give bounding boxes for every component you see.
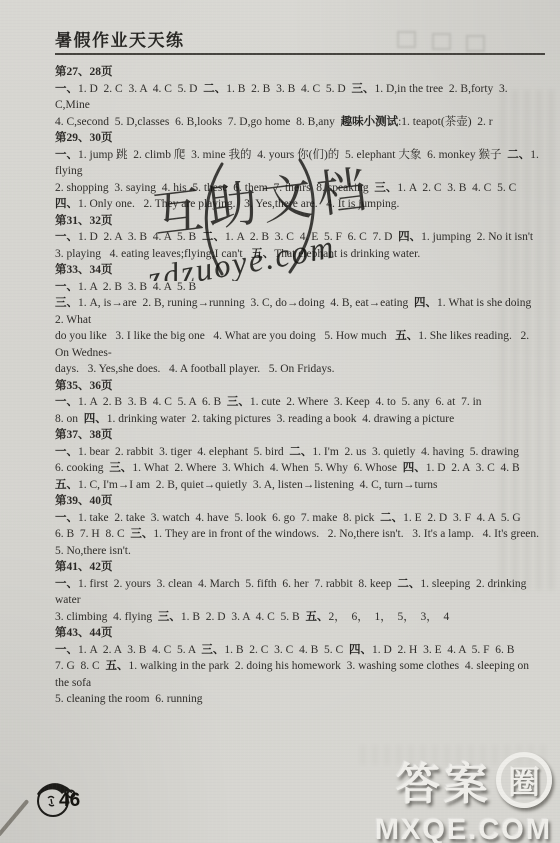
answer-line: 五、1. C, I'm→I am 2. B, quiet→quietly 3. … xyxy=(55,477,545,494)
answer-line: 一、1. bear 2. rabbit 3. tiger 4. elephant… xyxy=(55,444,545,461)
answer-line: 一、1. take 2. take 3. watch 4. have 5. lo… xyxy=(55,510,545,527)
answers-content: 第27、28页一、1. D 2. C 3. A 4. C 5. D 二、1. B… xyxy=(55,64,545,708)
answer-line: 7. G 8. C 五、1. walking in the park 2. do… xyxy=(55,658,545,691)
page-number: 46 xyxy=(59,790,80,812)
site-stamp: 答案 圈 MXQE.COM xyxy=(375,748,552,843)
answer-line: 3. climbing 4. flying 三、1. B 2. D 3. A 4… xyxy=(55,609,545,626)
answer-line: 6. cooking 三、1. What 2. Where 3. Which 4… xyxy=(55,460,545,477)
stamp-brand-text: 答案 xyxy=(396,748,492,812)
answer-line: 一、1. D 2. C 3. A 4. C 5. D 二、1. B 2. B 3… xyxy=(55,81,545,114)
scan-corner-mark xyxy=(0,799,29,837)
section-header: 第43、44页 xyxy=(55,625,545,642)
scanned-answer-page: 暑假作业天天练 第27、28页一、1. D 2. C 3. A 4. C 5. … xyxy=(0,0,560,843)
page-title: 暑假作业天天练 xyxy=(55,26,185,51)
answer-line: 5. No,there isn't. xyxy=(55,543,545,560)
section-header: 第39、40页 xyxy=(55,493,545,510)
section-header: 第33、34页 xyxy=(55,262,545,279)
answer-line: 4. C,second 5. D,classes 6. B,looks 7. D… xyxy=(55,114,545,131)
section-header: 第37、38页 xyxy=(55,427,545,444)
answer-line: 一、1. A 2. A 3. B 4. C 5. A 三、1. B 2. C 3… xyxy=(55,642,545,659)
bleed-through-mark xyxy=(432,33,451,50)
answer-line: 2. shopping 3. saying 4. his 5. these 6.… xyxy=(55,180,545,197)
answer-line: 三、1. A, is→are 2. B, runing→running 3. C… xyxy=(55,295,545,328)
answer-line: 四、1. Only one. 2. They are playing. 3. Y… xyxy=(55,196,545,213)
answer-line: 一、1. first 2. yours 3. clean 4. March 5.… xyxy=(55,576,545,609)
header-rule xyxy=(55,53,545,55)
answer-line: 一、1. jump 跳 2. climb 爬 3. mine 我的 4. you… xyxy=(55,147,545,180)
bleed-through-mark xyxy=(466,35,485,52)
answer-line: 6. B 7. H 8. C 三、1. They are in front of… xyxy=(55,526,545,543)
answer-line: 一、1. A 2. B 3. B 4. A 5. B xyxy=(55,279,545,296)
answer-line: days. 3. Yes,she does. 4. A football pla… xyxy=(55,361,545,378)
answer-line: 3. playing 4. eating leaves;flying;I can… xyxy=(55,246,545,263)
section-header: 第27、28页 xyxy=(55,64,545,81)
section-header: 第31、32页 xyxy=(55,213,545,230)
answer-line: 5. cleaning the room 6. running xyxy=(55,691,545,708)
answer-line: 一、1. A 2. B 3. B 4. C 5. A 6. B 三、1. cut… xyxy=(55,394,545,411)
stamp-site-url: MXQE.COM xyxy=(375,814,552,843)
stamp-circle-icon: 圈 xyxy=(496,752,552,808)
bleed-through-mark xyxy=(397,31,416,48)
stamp-circled-char: 圈 xyxy=(508,757,540,803)
section-header: 第41、42页 xyxy=(55,559,545,576)
section-header: 第29、30页 xyxy=(55,130,545,147)
answer-line: 8. on 四、1. drinking water 2. taking pict… xyxy=(55,411,545,428)
answer-line: do you like 3. I like the big one 4. Wha… xyxy=(55,328,545,361)
section-header: 第35、36页 xyxy=(55,378,545,395)
answer-line: 一、1. D 2. A 3. B 4. A 5. B 二、1. A 2. B 3… xyxy=(55,229,545,246)
